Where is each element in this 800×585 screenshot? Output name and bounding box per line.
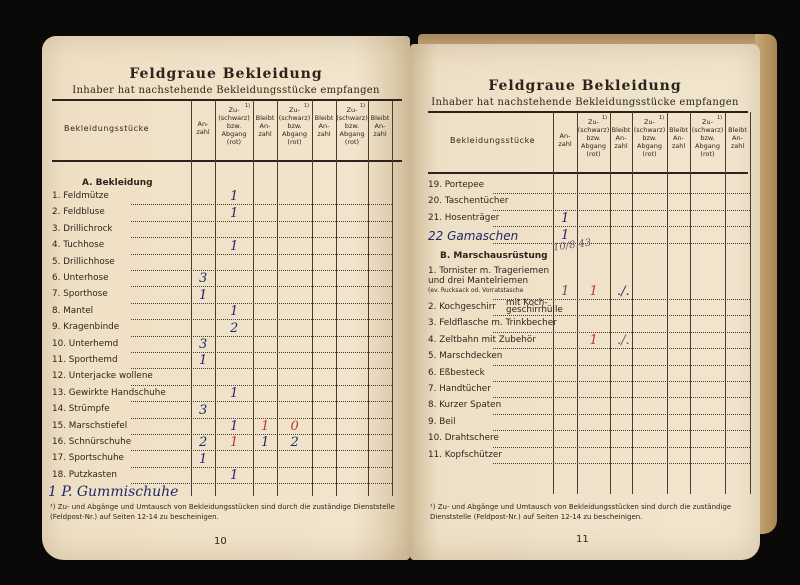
- row-dotted-line: [493, 243, 750, 244]
- table-row: 8. Mantel1: [52, 306, 392, 322]
- row-dotted-line: [493, 414, 750, 415]
- row-dotted-line: [131, 286, 392, 287]
- row-dotted-line: [131, 204, 392, 205]
- header-rule-top: [52, 99, 402, 101]
- cell-value: ./.: [617, 333, 630, 348]
- table-row: 1. Tornister m. Trageriemenund drei Mant…: [428, 266, 750, 302]
- page-subtitle: Inhaber hat nachstehende Bekleidungsstüc…: [410, 97, 760, 108]
- table-row: 16. Schnürschuhe2112: [52, 437, 392, 453]
- table-row: 6. Unterhose3: [52, 273, 392, 289]
- cell-value: 2: [291, 435, 299, 450]
- row-dotted-line: [131, 270, 392, 271]
- row-label: 7. Handtücher: [428, 384, 491, 394]
- table-row: 5. Marschdecken: [428, 351, 750, 367]
- footnote-marker: 1): [245, 102, 250, 110]
- column-header-anzahl: An- zahl: [553, 132, 577, 148]
- row-label: 11. Kopfschützer: [428, 450, 502, 460]
- row-label: 12. Unterjacke wollene: [52, 371, 153, 381]
- table-row: 15. Marschstiefel110: [52, 421, 392, 437]
- table-row: 14. Strümpfe3: [52, 404, 392, 420]
- row-label: 8. Mantel: [52, 306, 93, 316]
- footnote-marker: 1): [304, 102, 309, 110]
- footnote-marker: 1): [360, 102, 365, 110]
- cell-value: 1: [561, 211, 569, 226]
- column-header-anzahl: An- zahl: [191, 120, 215, 136]
- page-number: 11: [576, 534, 589, 545]
- row-dotted-line: [493, 397, 750, 398]
- column-header-zu_abgang: Zu- (schwarz) bzw. Abgang (rot): [690, 118, 725, 158]
- row-dotted-line: [131, 237, 392, 238]
- right-page: Feldgraue Bekleidung Inhaber hat nachste…: [410, 44, 760, 560]
- row-dotted-line: [493, 226, 750, 227]
- table-row: 20. Taschentücher: [428, 196, 750, 212]
- column-header-zu_abgang: Zu- (schwarz) bzw. Abgang (rot): [632, 118, 667, 158]
- row-label: 6. Eßbesteck: [428, 368, 485, 378]
- column-divider: [392, 100, 393, 496]
- row-dotted-line: [131, 385, 392, 386]
- row-label: 4. Zeltbahn mit Zubehör: [428, 335, 536, 345]
- cell-value: 1: [261, 419, 269, 434]
- table-row: 21. Hosenträger1: [428, 213, 750, 229]
- row-dotted-line: [131, 303, 392, 304]
- row-dotted-line: [131, 368, 392, 369]
- row-label: 20. Taschentücher: [428, 196, 509, 206]
- column-header-bleibt: Bleibt An- zahl: [610, 126, 632, 150]
- column-header-bleibt: Bleibt An- zahl: [312, 114, 336, 138]
- footnote-marker: 1): [602, 114, 607, 122]
- cell-value: 1: [199, 288, 207, 303]
- table-row: 17. Sportschuhe1: [52, 453, 392, 469]
- row-label: 1. Feldmütze: [52, 191, 109, 201]
- cell-value: ./.: [617, 284, 630, 299]
- row-dotted-line: [493, 365, 750, 366]
- table-row: 1. Feldmütze1: [52, 191, 392, 207]
- footnote-marker: 1): [717, 114, 722, 122]
- table-row: 3. Drillichrock: [52, 224, 392, 240]
- table-row: 12. Unterjacke wollene: [52, 371, 392, 387]
- row-label: 11. Sporthemd: [52, 355, 118, 365]
- table-row: 11. Sporthemd1: [52, 355, 392, 371]
- row-label: 1. Tornister m. Trageriemen: [428, 266, 549, 276]
- row-label: 7. Sporthose: [52, 289, 108, 299]
- cell-value: 1: [230, 206, 238, 221]
- row-label: 15. Marschstiefel: [52, 421, 127, 431]
- cell-value: 1: [230, 304, 238, 319]
- section-heading: B. Marschausrüstung: [440, 251, 548, 261]
- cell-value: 1: [230, 419, 238, 434]
- row-label-note: mit Koch- geschirrhülle: [506, 300, 563, 314]
- column-header-bleibt: Bleibt An- zahl: [253, 114, 277, 138]
- row-label: 3. Feldflasche m. Trinkbecher: [428, 318, 557, 328]
- table-row: 10. Unterhemd3: [52, 339, 392, 355]
- row-label: 8. Kurzer Spaten: [428, 400, 501, 410]
- row-label: 13. Gewirkte Handschuhe: [52, 388, 166, 398]
- row-label: 4. Tuchhose: [52, 240, 104, 250]
- page-title: Feldgraue Bekleidung: [42, 66, 410, 82]
- cell-value: 1: [230, 239, 238, 254]
- column-header-item: Bekleidungsstücke: [64, 124, 149, 133]
- table-row: 10. Drahtschere: [428, 433, 750, 449]
- cell-value: 1: [230, 435, 238, 450]
- column-header-zu_abgang: Zu- (schwarz) bzw. Abgang (rot): [277, 106, 312, 146]
- page-subtitle: Inhaber hat nachstehende Bekleidungsstüc…: [42, 85, 410, 96]
- row-dotted-line: [131, 254, 392, 255]
- section-heading: A. Bekleidung: [82, 178, 153, 188]
- row-dotted-line: [131, 336, 392, 337]
- left-page: Feldgraue Bekleidung Inhaber hat nachste…: [42, 36, 410, 560]
- row-label-line2: und drei Mantelriemen: [428, 276, 528, 286]
- footnote: ¹) Zu- und Abgänge und Umtausch von Bekl…: [50, 502, 400, 522]
- row-label: 2. Feldbluse: [52, 207, 105, 217]
- row-dotted-line: [131, 401, 392, 402]
- header-rule-top: [428, 111, 748, 113]
- row-dotted-line: [493, 463, 750, 464]
- cell-value: 3: [199, 403, 207, 418]
- row-label: 19. Portepee: [428, 180, 484, 190]
- cell-value: 1: [261, 435, 269, 450]
- table-row: 4. Tuchhose1: [52, 240, 392, 256]
- row-label-line3: (ev. Rucksack od. Vorratstasche: [428, 287, 523, 294]
- table-row: 5. Drillichhose: [52, 257, 392, 273]
- row-dotted-line: [493, 348, 750, 349]
- handwritten-extra-item: 1 P. Gummischuhe: [48, 484, 178, 500]
- cell-value: 1: [561, 284, 569, 299]
- table-row: 9. Beil: [428, 417, 750, 433]
- column-header-item: Bekleidungsstücke: [450, 136, 535, 145]
- header-rule-bottom: [52, 160, 402, 162]
- row-dotted-line: [131, 467, 392, 468]
- row-dotted-line: [493, 447, 750, 448]
- header-rule-bottom: [428, 172, 748, 174]
- table-row: 6. Eßbesteck: [428, 368, 750, 384]
- row-label: 21. Hosenträger: [428, 213, 499, 223]
- row-label: 9. Kragenbinde: [52, 322, 119, 332]
- cell-value: 1: [590, 333, 598, 348]
- row-label: 18. Putzkasten: [52, 470, 117, 480]
- row-label: 17. Sportschuhe: [52, 453, 124, 463]
- cell-value: 1: [199, 353, 207, 368]
- cell-value: 1: [590, 284, 598, 299]
- column-header-bleibt: Bleibt An- zahl: [667, 126, 690, 150]
- row-label: 6. Unterhose: [52, 273, 108, 283]
- cell-value: 3: [199, 337, 207, 352]
- column-header-zu_abgang: Zu- (schwarz) bzw. Abgang (rot): [215, 106, 253, 146]
- table-row: 7. Sporthose1: [52, 289, 392, 305]
- row-label: 2. Kochgeschirr: [428, 302, 496, 312]
- column-header-bleibt: Bleibt An- zahl: [725, 126, 750, 150]
- row-label: 5. Drillichhose: [52, 257, 115, 267]
- cell-value: 2: [230, 321, 238, 336]
- cell-value: 1: [199, 452, 207, 467]
- row-label: 14. Strümpfe: [52, 404, 110, 414]
- row-label: 16. Schnürschuhe: [52, 437, 131, 447]
- row-dotted-line: [493, 210, 750, 211]
- row-dotted-line: [493, 381, 750, 382]
- row-dotted-line: [493, 193, 750, 194]
- row-dotted-line: [131, 221, 392, 222]
- table-row: 13. Gewirkte Handschuhe1: [52, 388, 392, 404]
- cell-value: 1: [230, 468, 238, 483]
- cell-value: 1: [230, 386, 238, 401]
- column-divider: [750, 112, 751, 494]
- table-row: 4. Zeltbahn mit Zubehör1./.: [428, 335, 750, 351]
- page-number: 10: [214, 536, 227, 547]
- row-dotted-line: [131, 319, 392, 320]
- table-row: 8. Kurzer Spaten: [428, 400, 750, 416]
- row-label: 3. Drillichrock: [52, 224, 113, 234]
- row-label: 5. Marschdecken: [428, 351, 502, 361]
- row-label: 10. Unterhemd: [52, 339, 118, 349]
- row-dotted-line: [493, 315, 750, 316]
- row-label: 10. Drahtschere: [428, 433, 499, 443]
- footnote: ¹) Zu- und Abgänge und Umtausch von Bekl…: [430, 502, 760, 522]
- footnote-marker: 1): [659, 114, 664, 122]
- row-dotted-line: [131, 450, 392, 451]
- row-label: 22 Gamaschen: [428, 229, 518, 243]
- cell-value: 1: [230, 189, 238, 204]
- cell-value: 2: [199, 435, 207, 450]
- row-dotted-line: [493, 430, 750, 431]
- table-row: 19. Portepee: [428, 180, 750, 196]
- cell-value: 0: [291, 419, 299, 434]
- column-header-zu_abgang: Zu- (schwarz) bzw. Abgang (rot): [336, 106, 368, 146]
- column-header-bleibt: Bleibt An- zahl: [368, 114, 392, 138]
- cell-value: 3: [199, 271, 207, 286]
- page-title: Feldgraue Bekleidung: [410, 78, 760, 94]
- table-row: 2. Feldbluse1: [52, 207, 392, 223]
- table-row: 11. Kopfschützer: [428, 450, 750, 466]
- table-row: 9. Kragenbinde2: [52, 322, 392, 338]
- table-row: 2. Kochgeschirrmit Koch- geschirrhülle: [428, 302, 750, 318]
- row-label: 9. Beil: [428, 417, 456, 427]
- column-header-zu_abgang: Zu- (schwarz) bzw. Abgang (rot): [577, 118, 610, 158]
- row-dotted-line: [131, 352, 392, 353]
- table-row: 7. Handtücher: [428, 384, 750, 400]
